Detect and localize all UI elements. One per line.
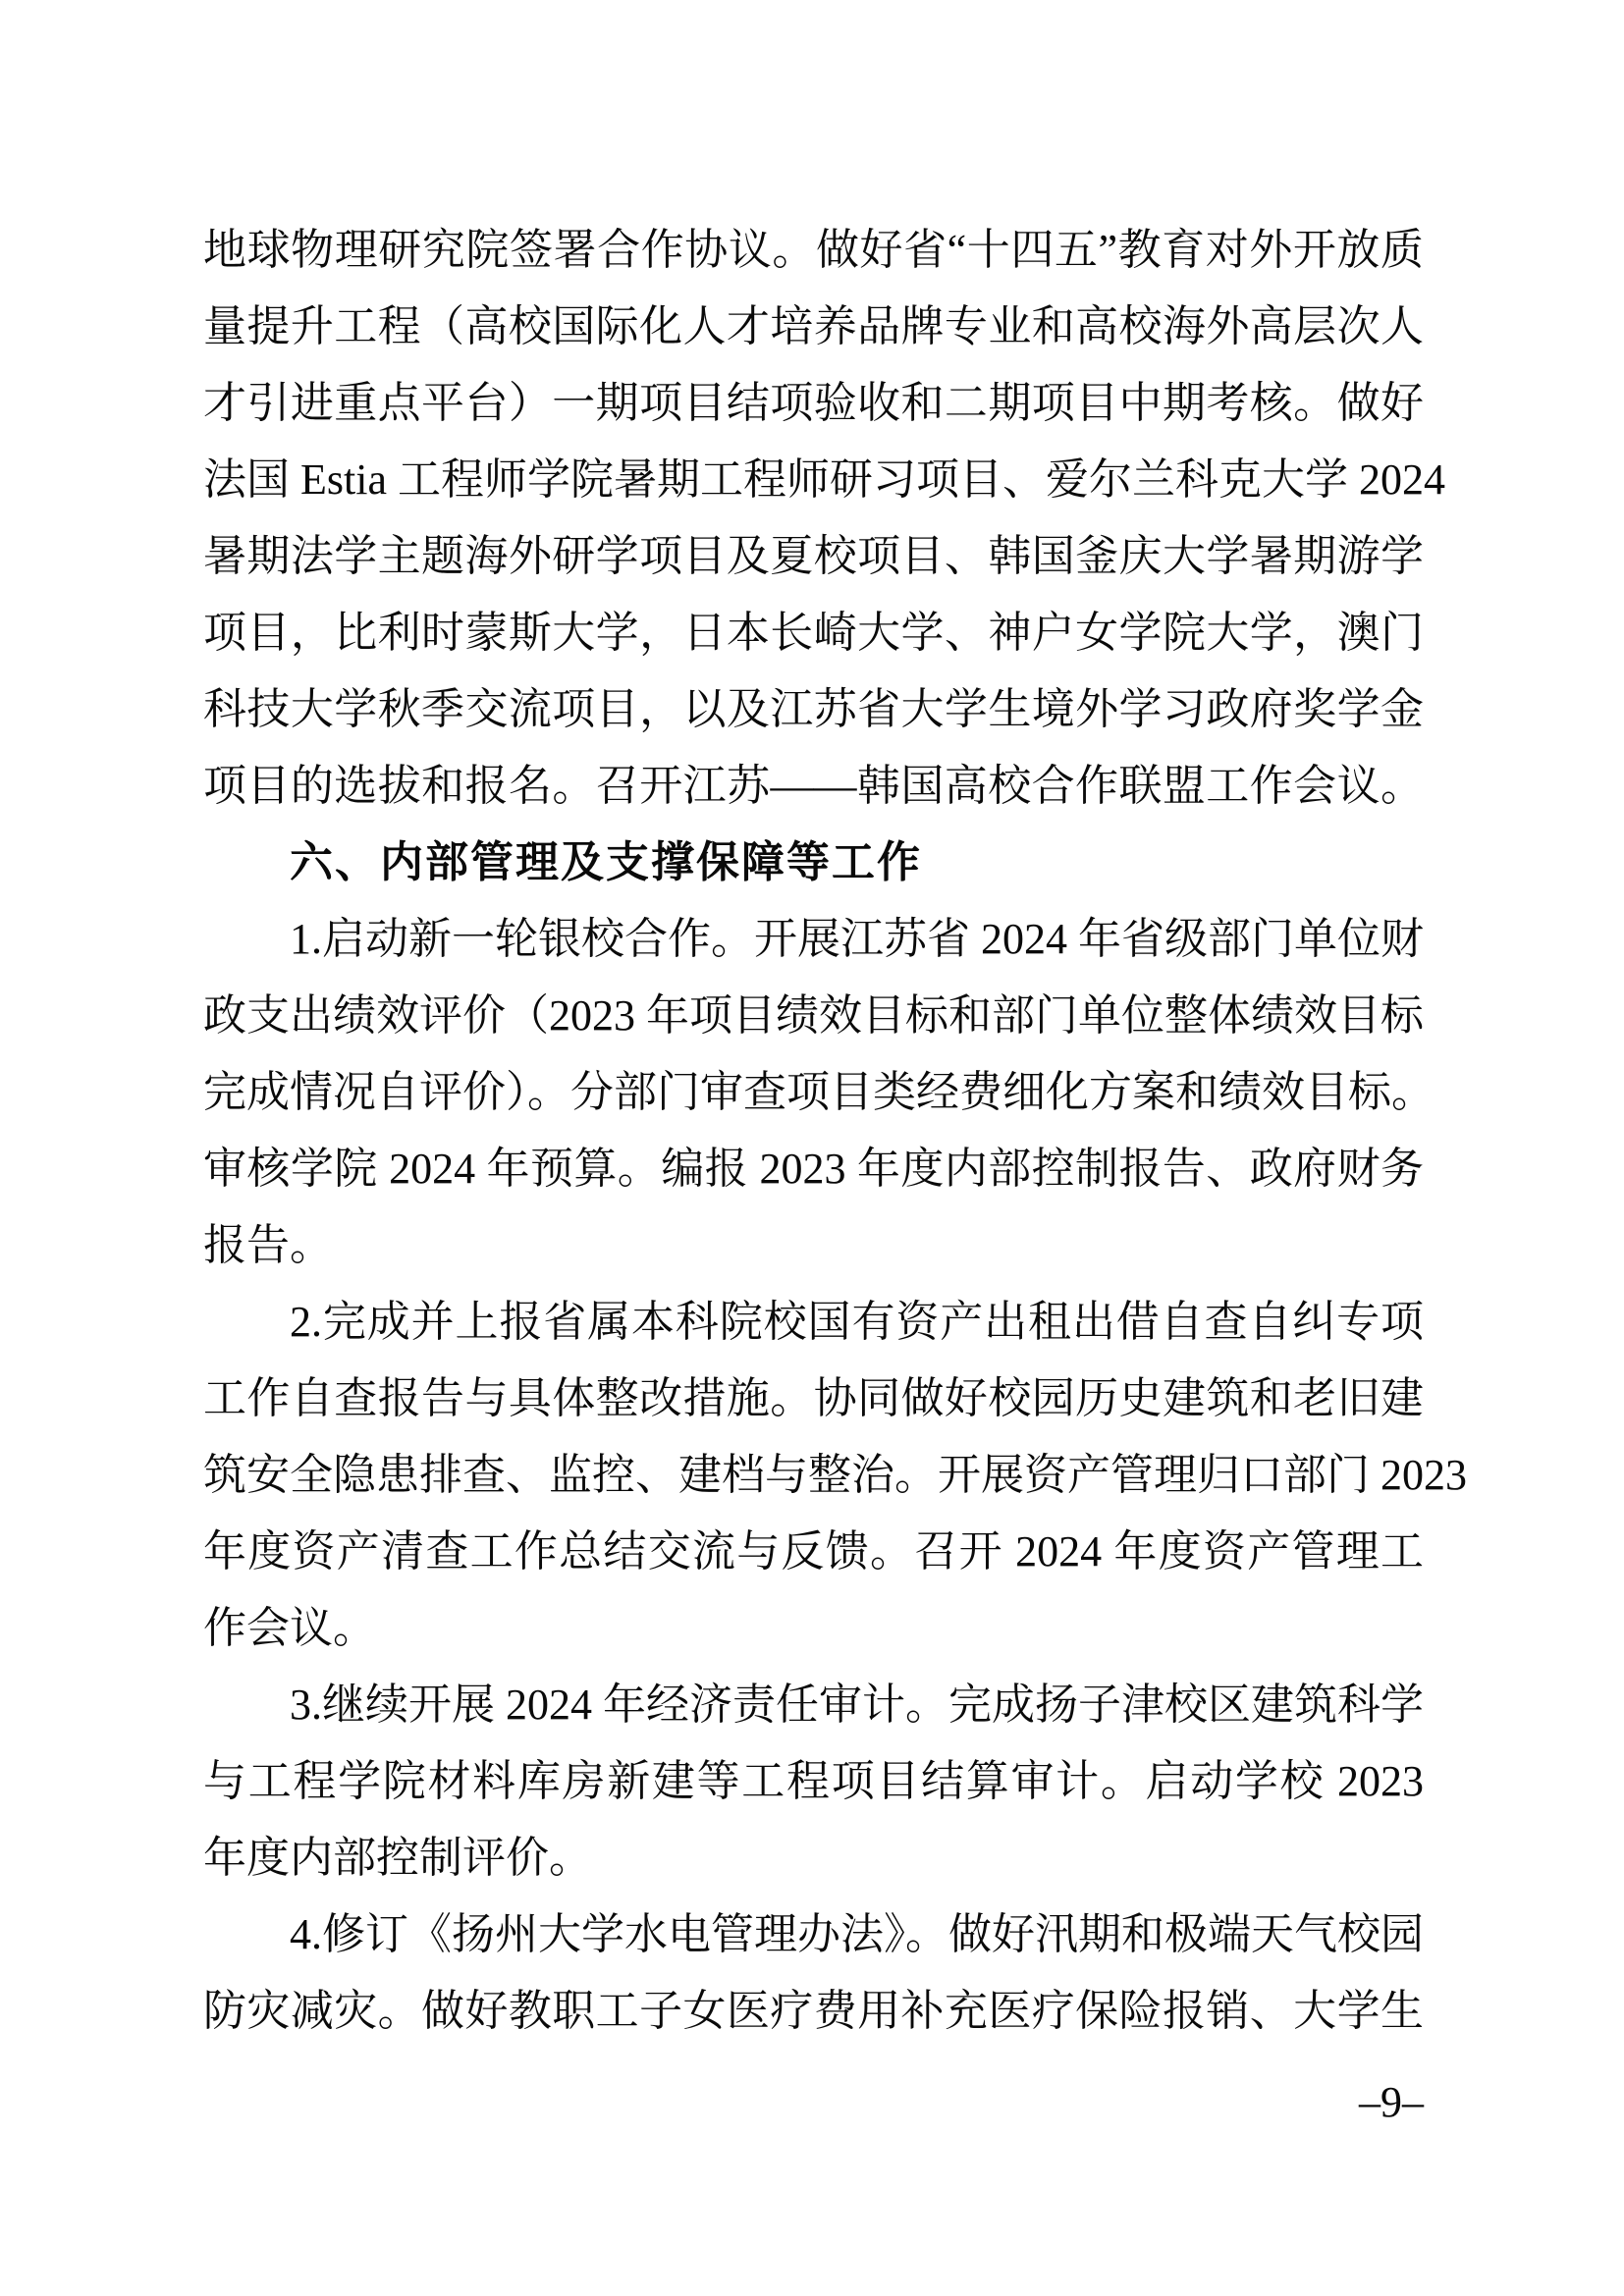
text-line: 报告。 — [203, 1207, 1424, 1284]
text-line: 筑安全隐患排查、监控、建档与整治。开展资产管理归口部门 2023 — [203, 1437, 1424, 1514]
text-line: 工作自查报告与具体整改措施。协同做好校园历史建筑和老旧建 — [203, 1361, 1424, 1437]
paragraph-item-2: 2.完成并上报省属本科院校国有资产出租出借自查自纠专项 工作自查报告与具体整改措… — [203, 1284, 1424, 1667]
text-line: 法国 Estia 工程师学院暑期工程师研习项目、爱尔兰科克大学 2024 — [203, 442, 1424, 518]
text-line: 完成情况自评价）。分部门审查项目类经费细化方案和绩效目标。 — [203, 1054, 1424, 1131]
paragraph-item-3: 3.继续开展 2024 年经济责任审计。完成扬子津校区建筑科学 与工程学院材料库… — [203, 1667, 1424, 1896]
document-body: 地球物理研究院签署合作协议。做好省“十四五”教育对外开放质 量提升工程（高校国际… — [203, 212, 1424, 2050]
text-line: 地球物理研究院签署合作协议。做好省“十四五”教育对外开放质 — [203, 212, 1424, 289]
section-heading: 六、内部管理及支撑保障等工作 — [203, 825, 1424, 901]
text-line: 3.继续开展 2024 年经济责任审计。完成扬子津校区建筑科学 — [203, 1667, 1424, 1743]
text-line: 作会议。 — [203, 1590, 1424, 1667]
text-line: 年度资产清查工作总结交流与反馈。召开 2024 年度资产管理工 — [203, 1514, 1424, 1590]
text-line: 2.完成并上报省属本科院校国有资产出租出借自查自纠专项 — [203, 1284, 1424, 1361]
text-line: 1.启动新一轮银校合作。开展江苏省 2024 年省级部门单位财 — [203, 901, 1424, 978]
text-line: 暑期法学主题海外研学项目及夏校项目、韩国釜庆大学暑期游学 — [203, 518, 1424, 595]
paragraph-item-4: 4.修订《扬州大学水电管理办法》。做好汛期和极端天气校园 防灾减灾。做好教职工子… — [203, 1896, 1424, 2050]
text-line: 4.修订《扬州大学水电管理办法》。做好汛期和极端天气校园 — [203, 1896, 1424, 1973]
text-line: 政支出绩效评价（2023 年项目绩效目标和部门单位整体绩效目标 — [203, 978, 1424, 1054]
text-line: 才引进重点平台）一期项目结项验收和二期项目中期考核。做好 — [203, 365, 1424, 442]
page-number: –9– — [203, 2079, 1424, 2126]
text-line: 项目的选拔和报名。召开江苏——韩国高校合作联盟工作会议。 — [203, 748, 1424, 825]
paragraph-item-1: 1.启动新一轮银校合作。开展江苏省 2024 年省级部门单位财 政支出绩效评价（… — [203, 901, 1424, 1284]
text-line: 防灾减灾。做好教职工子女医疗费用补充医疗保险报销、大学生 — [203, 1973, 1424, 2050]
text-line: 与工程学院材料库房新建等工程项目结算审计。启动学校 2023 — [203, 1743, 1424, 1820]
paragraph-continuation: 地球物理研究院签署合作协议。做好省“十四五”教育对外开放质 量提升工程（高校国际… — [203, 212, 1424, 825]
document-page: 地球物理研究院签署合作协议。做好省“十四五”教育对外开放质 量提升工程（高校国际… — [0, 0, 1624, 2296]
text-line: 审核学院 2024 年预算。编报 2023 年度内部控制报告、政府财务 — [203, 1131, 1424, 1207]
text-line: 项目，比利时蒙斯大学，日本长崎大学、神户女学院大学，澳门 — [203, 595, 1424, 671]
text-line: 量提升工程（高校国际化人才培养品牌专业和高校海外高层次人 — [203, 289, 1424, 365]
text-line: 科技大学秋季交流项目，以及江苏省大学生境外学习政府奖学金 — [203, 671, 1424, 748]
text-line: 年度内部控制评价。 — [203, 1820, 1424, 1896]
paragraph-section-heading: 六、内部管理及支撑保障等工作 — [203, 825, 1424, 901]
